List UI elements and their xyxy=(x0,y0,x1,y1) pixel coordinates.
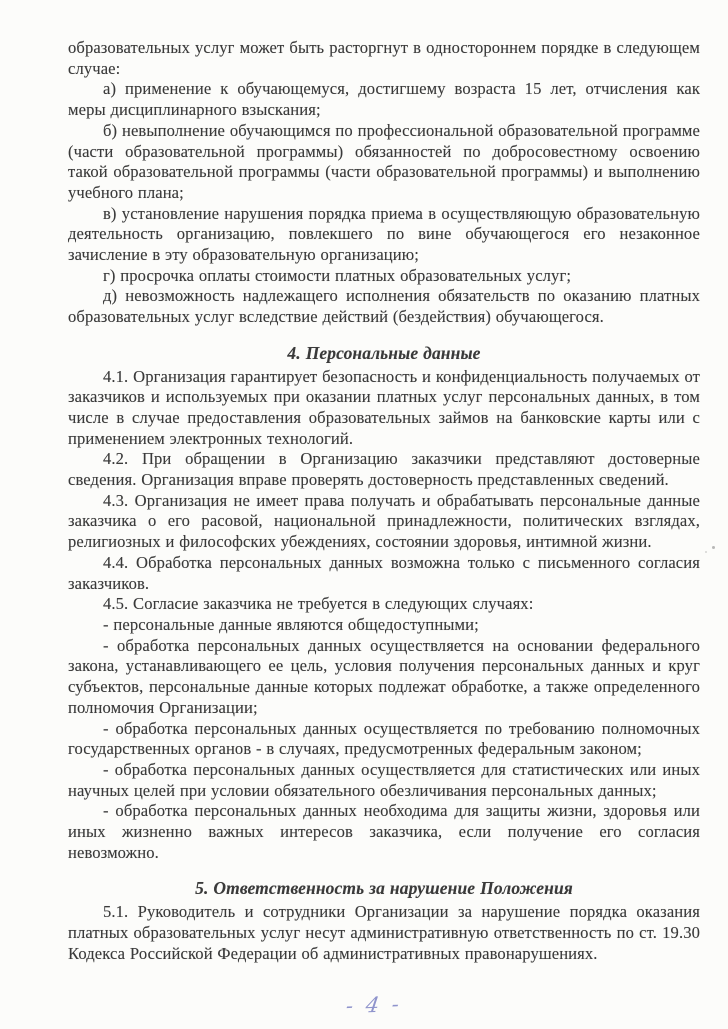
paragraph: 4.1. Организация гарантирует безопасност… xyxy=(68,367,700,450)
paragraph: - обработка персональных данных осуществ… xyxy=(68,719,700,760)
paragraph: а) применение к обучающемуся, достигшему… xyxy=(68,79,700,120)
document-body: образовательных услуг может быть расторг… xyxy=(68,38,700,964)
paragraph: 4.3. Организация не имеет права получать… xyxy=(68,491,700,553)
paragraph: г) просрочка оплаты стоимости платных об… xyxy=(68,266,700,287)
paragraph: 4.4. Обработка персональных данных возмо… xyxy=(68,553,700,594)
paragraph: - персональные данные являются общедосту… xyxy=(68,615,700,636)
scan-artifact-dot xyxy=(705,551,707,553)
handwritten-page-number: - 4 - xyxy=(9,980,728,1029)
paragraph: б) невыполнение обучающимся по профессио… xyxy=(68,121,700,204)
paragraph: - обработка персональных данных осуществ… xyxy=(68,760,700,801)
section-heading: 5. Ответственность за нарушение Положени… xyxy=(68,878,700,899)
paragraph: 4.5. Согласие заказчика не требуется в с… xyxy=(68,594,700,615)
section-heading: 4. Персональные данные xyxy=(68,343,700,364)
paragraph: образовательных услуг может быть расторг… xyxy=(68,38,700,79)
paragraph: д) невозможность надлежащего исполнения … xyxy=(68,286,700,327)
scanned-document-page: образовательных услуг может быть расторг… xyxy=(0,0,728,1029)
paragraph: 4.2. При обращении в Организацию заказчи… xyxy=(68,449,700,490)
paragraph: в) установление нарушения порядка приема… xyxy=(68,204,700,266)
scan-artifact-dot xyxy=(712,546,715,549)
paragraph: 5.1. Руководитель и сотрудники Организац… xyxy=(68,902,700,964)
paragraph: - обработка персональных данных необходи… xyxy=(68,801,700,863)
paragraph: - обработка персональных данных осуществ… xyxy=(68,636,700,719)
